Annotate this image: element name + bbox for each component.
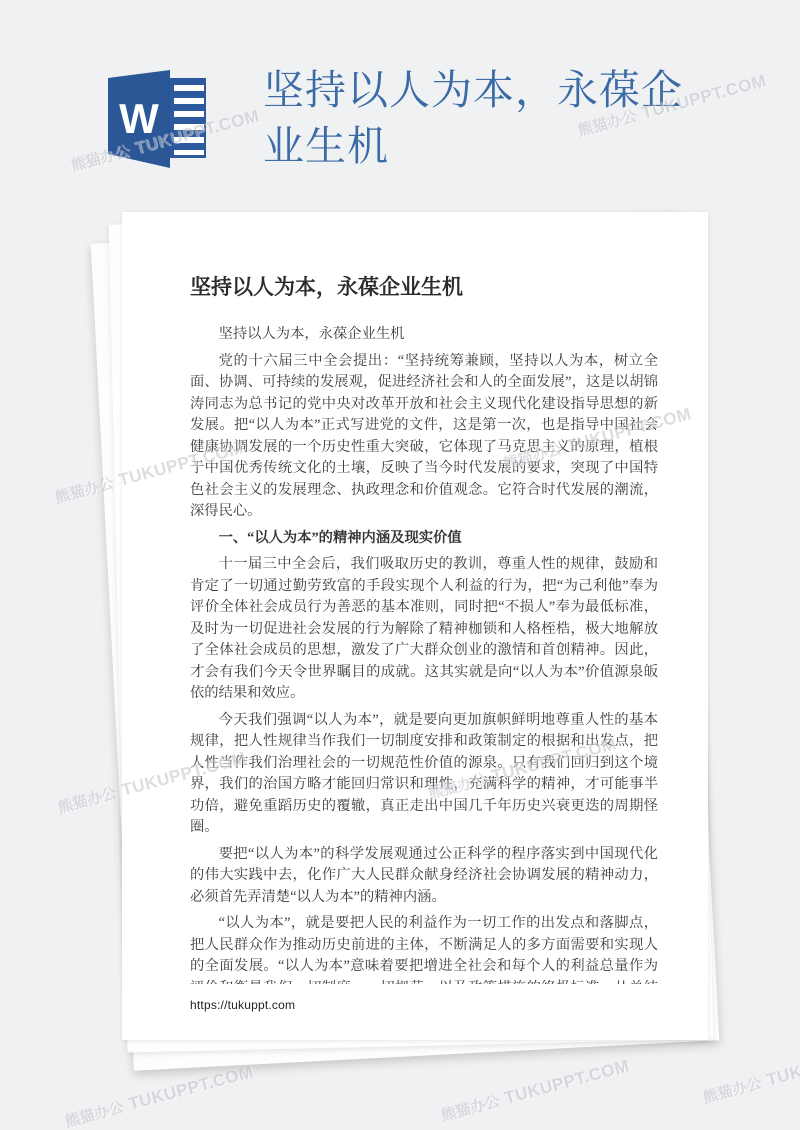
preview-header: W 坚持以人为本，永葆企业生机 bbox=[0, 0, 800, 212]
document-body: 坚持以人为本，永葆企业生机 坚持以人为本，永葆企业生机 党的十六届三中全会提出：… bbox=[190, 274, 658, 984]
paragraph: “以人为本”，就是要把人民的利益作为一切工作的出发点和落脚点，把人民群众作为推动… bbox=[190, 913, 658, 984]
document-title: 坚持以人为本，永葆企业生机 bbox=[190, 274, 658, 300]
section-heading: 一、“以人为本”的精神内涵及现实价值 bbox=[190, 528, 658, 550]
template-preview: W 坚持以人为本，永葆企业生机 坚持以人为本，永葆企业生机 坚持以人为本，永葆企… bbox=[0, 0, 800, 1130]
word-icon-letter: W bbox=[119, 95, 159, 142]
paragraph: 要把“以人为本”的科学发展观通过公正科学的程序落实到中国现代化的伟大实践中去，化… bbox=[190, 844, 658, 909]
paragraph: 党的十六届三中全会提出：“坚持统筹兼顾，坚持以人为本，树立全面、协调、可持续的发… bbox=[190, 351, 658, 523]
word-file-icon: W bbox=[108, 66, 206, 168]
document-subtitle: 坚持以人为本，永葆企业生机 bbox=[190, 324, 658, 346]
paragraph: 十一届三中全会后，我们吸取历史的教训，尊重人性的规律，鼓励和肯定了一切通过勤劳致… bbox=[190, 554, 658, 705]
document-page: 坚持以人为本，永葆企业生机 坚持以人为本，永葆企业生机 党的十六届三中全会提出：… bbox=[122, 212, 708, 1040]
file-title: 坚持以人为本，永葆企业生机 bbox=[263, 62, 715, 174]
watermark: 熊猫办公TUKUPPT.COM bbox=[439, 1055, 632, 1126]
footer-link[interactable]: https://tukuppt.com bbox=[190, 998, 295, 1012]
watermark: 熊猫办公TUKUPPT.COM bbox=[701, 1037, 800, 1108]
watermark: 熊猫办公TUKUPPT.COM bbox=[63, 1061, 256, 1130]
paragraph: 今天我们强调“以人为本”，就是要向更加旗帜鲜明地尊重人性的基本规律，把人性规律当… bbox=[190, 710, 658, 839]
